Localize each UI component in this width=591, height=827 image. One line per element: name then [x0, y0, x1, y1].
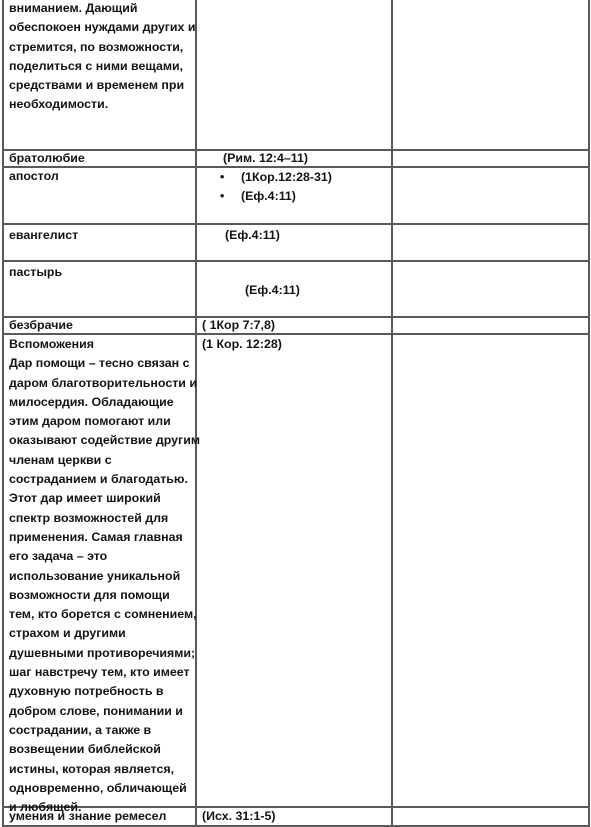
gift-name: безбрачие [9, 318, 73, 332]
table-row: вниманием. Дающий обеспокоен нуждами дру… [2, 0, 590, 151]
table-row: апостол • (1Кор.12:28-31) • (Еф.4:11) [2, 168, 590, 225]
note-cell [393, 151, 590, 166]
description-line: поделиться с ними вещами, [9, 57, 191, 76]
description-line: шаг навстречу тем, кто имеет [9, 663, 191, 682]
bullet-icon: • [220, 187, 224, 206]
reference-cell [197, 0, 393, 149]
reference-list-item: • (1Кор.12:28-31) [197, 168, 391, 187]
note-cell [393, 262, 590, 316]
note-cell [393, 225, 590, 260]
description-line: возможности для помощи [9, 586, 191, 605]
description-line: состраданием и благодатью. [9, 470, 191, 489]
gift-description-cell: Вспоможения Дар помощи – тесно связан с … [2, 335, 197, 806]
description-line: страхом и другими [9, 624, 191, 643]
gift-name: евангелист [9, 228, 78, 242]
description-line: Дар помощи – тесно связан с [9, 354, 191, 373]
scripture-reference: (1Кор.12:28-31) [241, 170, 332, 184]
gift-name: умения и знание ремесел [9, 809, 166, 823]
description-line: сострадании, а также в [9, 721, 191, 740]
scripture-reference: (Еф.4:11) [225, 228, 280, 242]
reference-cell: (Рим. 12:4–11) [197, 151, 393, 166]
description-line: возвещении библейской [9, 740, 191, 759]
gift-name-cell: апостол [2, 168, 197, 223]
gift-name: братолюбие [9, 151, 85, 165]
scripture-reference: ( 1Кор 7:7,8) [202, 318, 275, 332]
scripture-reference: (1 Кор. 12:28) [202, 337, 282, 351]
gift-name: апостол [9, 169, 59, 183]
gift-name-cell: евангелист [2, 225, 197, 260]
reference-cell: (Еф.4:11) [197, 225, 393, 260]
reference-cell: ( 1Кор 7:7,8) [197, 318, 393, 333]
description-line: обеспокоен нуждами других и [9, 18, 191, 37]
description-line: спектр возможностей для [9, 509, 191, 528]
note-cell [393, 808, 590, 825]
description-line: необходимости. [9, 95, 191, 114]
gifts-table: вниманием. Дающий обеспокоен нуждами дру… [2, 0, 590, 827]
reference-list-item: • (Еф.4:11) [197, 187, 391, 206]
description-line: одновременно, обличающей [9, 779, 191, 798]
table-row: безбрачие ( 1Кор 7:7,8) [2, 318, 590, 335]
gift-name-cell: братолюбие [2, 151, 197, 166]
description-line: духовную потребность в [9, 682, 191, 701]
bullet-icon: • [220, 168, 224, 187]
reference-list: • (1Кор.12:28-31) • (Еф.4:11) [197, 168, 391, 206]
gift-name-cell: умения и знание ремесел [2, 808, 197, 825]
description-line: даром благотворительности и [9, 374, 191, 393]
note-cell [393, 318, 590, 333]
gift-name-cell: пастырь [2, 262, 197, 316]
note-cell [393, 0, 590, 149]
table-row: братолюбие (Рим. 12:4–11) [2, 151, 590, 168]
table-row: умения и знание ремесел (Исх. 31:1-5) [2, 808, 590, 827]
description-line: применения. Самая главная [9, 528, 191, 547]
scripture-reference: (Еф.4:11) [245, 283, 300, 297]
description-line: душевными противоречиями; [9, 644, 191, 663]
description-line: его задача – это [9, 547, 191, 566]
scripture-reference: (Еф.4:11) [241, 189, 296, 203]
note-cell [393, 335, 590, 806]
gift-name-cell: безбрачие [2, 318, 197, 333]
gift-description-cell: вниманием. Дающий обеспокоен нуждами дру… [2, 0, 197, 149]
description-line: оказывают содействие другим [9, 431, 191, 450]
gift-name: пастырь [9, 265, 62, 279]
scripture-reference: (Исх. 31:1-5) [202, 809, 275, 823]
description-line: использование уникальной [9, 567, 191, 586]
gift-name: Вспоможения [9, 335, 191, 354]
description-line: Этот дар имеет широкий [9, 489, 191, 508]
description-line: добром слове, понимании и [9, 702, 191, 721]
description-line: стремится, по возможности, [9, 38, 191, 57]
description-line: вниманием. Дающий [9, 0, 191, 18]
note-cell [393, 168, 590, 223]
description-line: милосердия. Обладающие [9, 393, 191, 412]
description-line: тем, кто борется с сомнением, [9, 605, 191, 624]
scripture-reference: (Рим. 12:4–11) [223, 151, 308, 165]
description-line: этим даром помогают или [9, 412, 191, 431]
description-line: средствами и временем при [9, 76, 191, 95]
description-line: членам церкви с [9, 451, 191, 470]
table-row: евангелист (Еф.4:11) [2, 225, 590, 262]
reference-cell: (1 Кор. 12:28) [197, 335, 393, 806]
reference-cell: (Исх. 31:1-5) [197, 808, 393, 825]
description-line: истины, которая является, [9, 760, 191, 779]
table-row: Вспоможения Дар помощи – тесно связан с … [2, 335, 590, 808]
reference-cell: • (1Кор.12:28-31) • (Еф.4:11) [197, 168, 393, 223]
reference-cell: (Еф.4:11) [197, 262, 393, 316]
table-row: пастырь (Еф.4:11) [2, 262, 590, 318]
